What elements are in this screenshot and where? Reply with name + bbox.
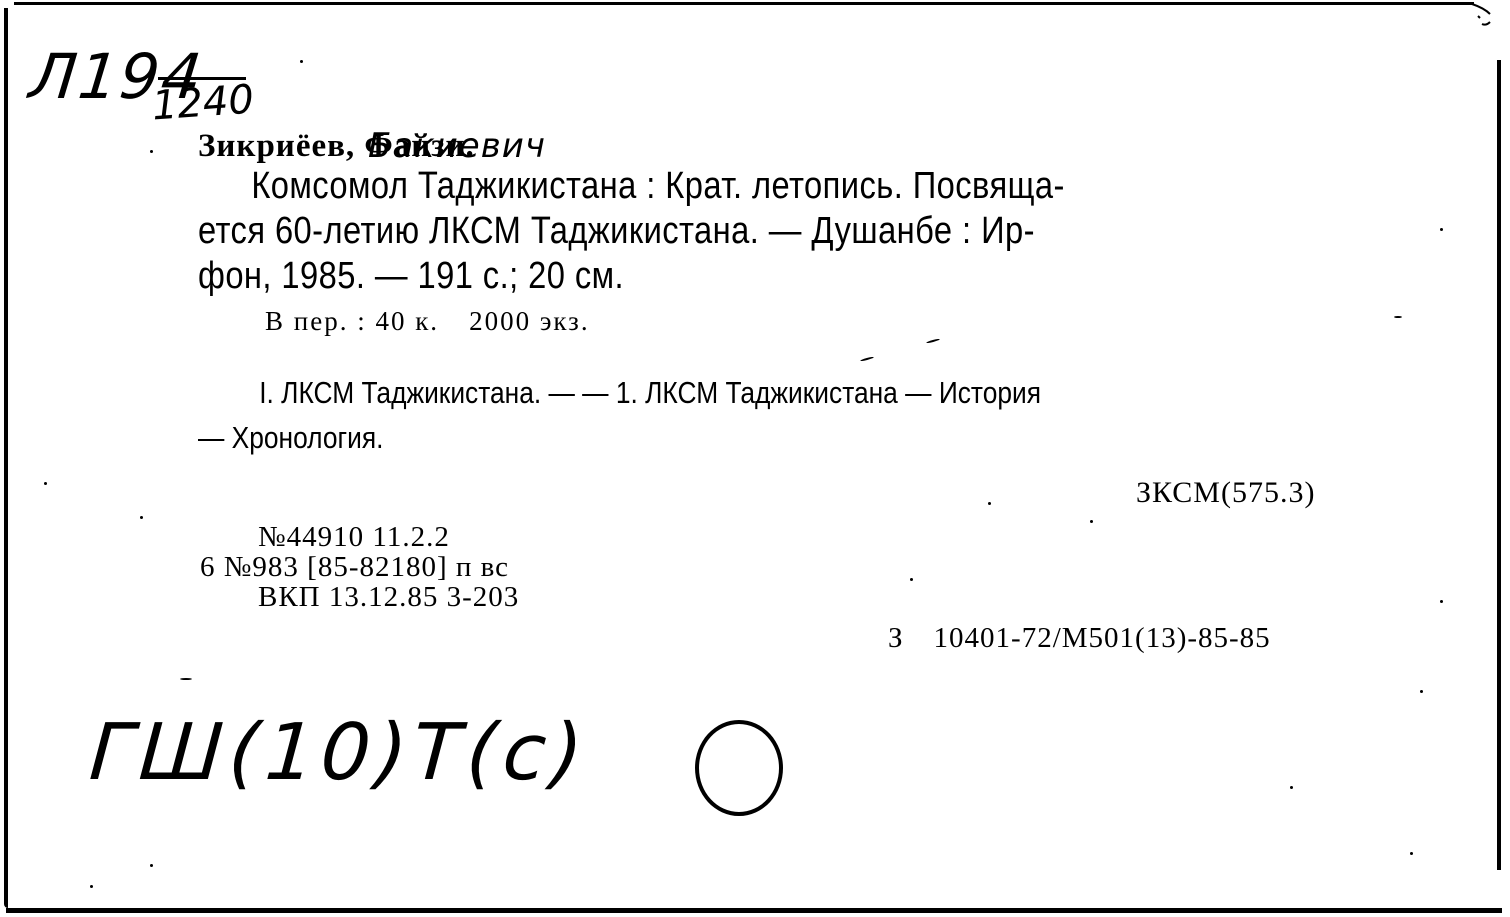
- tech-line: 6 №983 [85-82180] п вс: [200, 552, 519, 582]
- scan-speck: [44, 482, 47, 485]
- scan-speck: [860, 356, 874, 362]
- tech-line: №44910 11.2.2: [200, 522, 519, 552]
- print-run: 2000 экз.: [469, 306, 590, 336]
- scan-speck: [140, 516, 143, 519]
- scan-speck: [300, 60, 303, 63]
- handwritten-patronymic: Бакиевич: [368, 126, 546, 166]
- circle-mark-icon: [695, 720, 783, 816]
- price-and-print-run: В пер. : 40 к.2000 экз.: [265, 306, 590, 337]
- catalog-code: З10401-72/М501(13)-85-85: [888, 622, 1271, 655]
- tech-line: ВКП 13.12.85 3-203: [200, 582, 519, 612]
- code-prefix: З: [888, 622, 904, 654]
- description-line: фон, 1985. — 191 с.; 20 см.: [198, 254, 1204, 299]
- scan-speck: [180, 678, 192, 680]
- tracing-line: I. ЛКСМ Таджикистана. — — 1. ЛКСМ Таджик…: [198, 370, 1041, 415]
- scan-speck: [1420, 690, 1423, 693]
- code-value: 10401-72/М501(13)-85-85: [934, 622, 1271, 654]
- handwritten-classification: ГШ(10)Т(с): [87, 708, 592, 798]
- scan-speck: [90, 885, 93, 888]
- bibliographic-description: Комсомол Таджикистана : Крат. летопись. …: [198, 164, 1204, 299]
- description-line: Комсомол Таджикистана : Крат. летопись. …: [198, 164, 1204, 209]
- scan-speck: [926, 338, 940, 344]
- scan-speck: [1090, 520, 1093, 523]
- scan-speck: [1440, 228, 1443, 231]
- corner-mark-icon: [1470, 2, 1510, 30]
- scan-speck: [1410, 852, 1413, 855]
- card-left-border: [4, 8, 8, 908]
- classmark: ЗКСМ(575.3): [1136, 476, 1315, 510]
- handwritten-shelfmark-sub: 1240: [151, 77, 256, 130]
- description-line: ется 60-летию ЛКСМ Таджикистана. — Душан…: [198, 209, 1204, 254]
- scan-speck: [910, 578, 913, 581]
- scan-speck: [988, 502, 991, 505]
- scan-speck: [1290, 786, 1293, 789]
- scan-speck: [150, 864, 153, 867]
- scan-speck: [1394, 316, 1402, 318]
- technical-info: №44910 11.2.2 6 №983 [85-82180] п вс ВКП…: [200, 522, 519, 612]
- card-top-border: [14, 2, 1474, 5]
- scan-speck: [150, 150, 153, 153]
- card-bottom-border: [6, 908, 1502, 913]
- subject-tracings: I. ЛКСМ Таджикистана. — — 1. ЛКСМ Таджик…: [198, 370, 1041, 460]
- binding-price: В пер. : 40 к.: [265, 306, 439, 336]
- tracing-line: — Хронология.: [198, 415, 1041, 460]
- scan-speck: [1440, 600, 1443, 603]
- card-right-border: [1497, 60, 1501, 870]
